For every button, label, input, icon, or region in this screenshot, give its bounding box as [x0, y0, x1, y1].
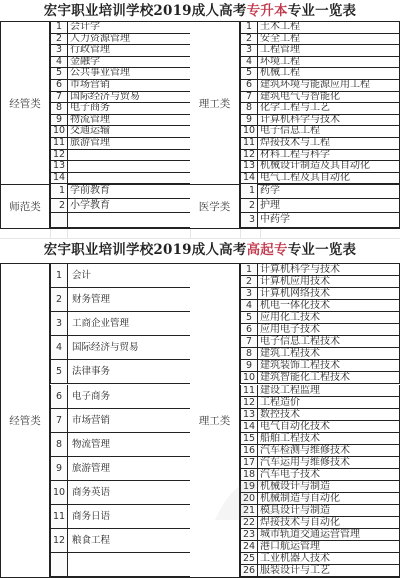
major-name: 会计学 — [68, 22, 190, 33]
table-row: 26服装设计与工艺 — [240, 565, 400, 577]
major-name: 机械设计制造及其自动化 — [258, 161, 400, 172]
table-row: 12粮食工程 — [50, 529, 190, 553]
row-number: 11 — [240, 138, 258, 149]
table-row: 14电气自动化技术 — [240, 421, 400, 433]
row-number: 3 — [240, 45, 258, 56]
major-name: 商务英语 — [68, 481, 190, 504]
major-name: 药学 — [258, 184, 400, 198]
row-number: 10 — [240, 372, 258, 383]
row-number: 11 — [50, 505, 68, 528]
table-row: 21模具设计与制造 — [240, 505, 400, 517]
row-number: 7 — [50, 92, 68, 103]
category-label: 理工类 — [190, 264, 240, 577]
table-row: 19机械设计与制造 — [240, 481, 400, 493]
major-name: 建设工程监理 — [258, 385, 400, 396]
table-row: 2小学教育 — [50, 199, 190, 214]
table-row: 8化学工程与工艺 — [240, 103, 400, 115]
title-suffix: 专业一览表 — [288, 242, 357, 258]
row-number: 10 — [50, 126, 68, 137]
major-name: 金融学 — [68, 57, 190, 68]
major-name: 材料工程与科学 — [258, 150, 400, 161]
table-row: 7建筑电气与智能化 — [240, 92, 400, 104]
table-row: 14电气工程及其自动化 — [240, 173, 400, 185]
row-number: 2 — [50, 288, 68, 311]
major-name: 工程管理 — [258, 45, 400, 56]
table-row: 6电子商务 — [50, 385, 190, 409]
table-row: 3行政管理 — [50, 45, 190, 57]
title-suffix: 专业一览表 — [288, 3, 357, 19]
table-row: 20机械制造与自动化 — [240, 493, 400, 505]
spacer-row — [0, 229, 400, 239]
table-row: 11旅游管理 — [50, 138, 190, 150]
row-number: 8 — [50, 103, 68, 114]
major-name: 汽车检测与维修技术 — [258, 445, 400, 456]
major-name: 国际经济与贸易 — [68, 336, 190, 359]
table-row: 8物流管理 — [50, 433, 190, 457]
table-row: 15船舶工程技术 — [240, 433, 400, 445]
row-number: 7 — [240, 336, 258, 347]
table-row: 1会计学 — [50, 22, 190, 34]
row-number: 12 — [50, 150, 68, 161]
table-row: 3计算机网络技术 — [240, 288, 400, 300]
major-name: 港口航运管理 — [258, 541, 400, 552]
table-row: 2财务管理 — [50, 288, 190, 312]
row-number: 19 — [240, 481, 258, 492]
row-number: 13 — [240, 409, 258, 420]
table-row: 4国际经济与贸易 — [50, 336, 190, 360]
major-name: 商务日语 — [68, 505, 190, 528]
row-number: 1 — [240, 22, 258, 33]
table-row: 6市场营销 — [50, 80, 190, 92]
row-number: 1 — [240, 264, 258, 275]
row-number: 11 — [50, 138, 68, 149]
table-row: 10交通运输 — [50, 126, 190, 138]
major-name: 学前教育 — [68, 184, 190, 198]
major-name: 公共事业管理 — [68, 68, 190, 79]
table-row: 9计算机科学与技术 — [240, 115, 400, 127]
major-name: 电子信息工程技术 — [258, 336, 400, 347]
table-row: 12工程造价 — [240, 397, 400, 409]
row-number: 4 — [240, 57, 258, 68]
major-name: 安全工程 — [258, 34, 400, 45]
major-name: 电子商务 — [68, 385, 190, 408]
table2-gqz: 经管类1会计2财务管理3工商企业管理4国际经济与贸易5法律事务6电子商务7市场营… — [0, 263, 400, 578]
major-name: 船舶工程技术 — [258, 433, 400, 444]
table-row: 12材料工程与科学 — [240, 150, 400, 162]
table-row: 25工业机器人技术 — [240, 553, 400, 565]
major-name: 机电一体化技术 — [258, 300, 400, 311]
table-row: 6建筑环境与能源应用工程 — [240, 80, 400, 92]
major-name: 计算机网络技术 — [258, 288, 400, 299]
major-name: 建筑智能化工程技术 — [258, 372, 400, 383]
major-name: 汽车电子技术 — [258, 469, 400, 480]
row-number: 1 — [50, 22, 68, 33]
title-highlight: 专升本 — [247, 3, 288, 19]
table-row: 1计算机科学与技术 — [240, 264, 400, 276]
table-row: 1会计 — [50, 264, 190, 288]
major-name: 土木工程 — [258, 22, 400, 33]
major-name — [68, 150, 190, 161]
table-row: 9建筑装饰工程技术 — [240, 360, 400, 372]
major-name — [68, 173, 190, 184]
major-name: 计算机应用技术 — [258, 276, 400, 287]
major-name: 国际经济与贸易 — [68, 92, 190, 103]
major-name: 焊接技术与工程 — [258, 138, 400, 149]
row-number: 5 — [50, 360, 68, 383]
row-number: 14 — [240, 173, 258, 184]
table-row: 5应用化工技术 — [240, 312, 400, 324]
major-name: 电子信息工程 — [258, 126, 400, 137]
major-name: 焊接技术与自动化 — [258, 517, 400, 528]
row-number: 3 — [50, 45, 68, 56]
table-row: 10商务英语 — [50, 481, 190, 505]
row-number: 4 — [50, 57, 68, 68]
row-number: 17 — [240, 457, 258, 468]
major-name: 电气工程及其自动化 — [258, 173, 400, 184]
table-row: 22焊接技术与自动化 — [240, 517, 400, 529]
major-name: 财务管理 — [68, 288, 190, 311]
major-name: 会计 — [68, 264, 190, 287]
row-number: 23 — [240, 529, 258, 540]
row-number: 7 — [50, 409, 68, 432]
table-row: 10建筑智能化工程技术 — [240, 372, 400, 384]
major-name: 市场营销 — [68, 409, 190, 432]
row-number: 6 — [50, 80, 68, 91]
major-name: 建筑环境与能源应用工程 — [258, 80, 400, 91]
row-number: 22 — [240, 517, 258, 528]
row-number: 20 — [240, 493, 258, 504]
row-number: 9 — [50, 115, 68, 126]
major-name: 交通运输 — [68, 126, 190, 137]
major-name — [68, 213, 190, 227]
row-number — [50, 553, 68, 576]
table-row: 11建设工程监理 — [240, 385, 400, 397]
table-row: 8建筑工程技术 — [240, 348, 400, 360]
row-number — [50, 213, 68, 227]
major-name: 机械工程 — [258, 68, 400, 79]
row-number: 21 — [240, 505, 258, 516]
row-number: 1 — [50, 264, 68, 287]
title-prefix: 宏宇职业培训学校2019成人高考 — [44, 242, 247, 258]
major-name: 服装设计与工艺 — [258, 565, 400, 576]
row-number: 1 — [240, 184, 258, 198]
row-number: 3 — [240, 213, 258, 227]
row-number: 1 — [50, 184, 68, 198]
major-name: 法律事务 — [68, 360, 190, 383]
major-name: 护理 — [258, 199, 400, 213]
row-number: 9 — [240, 360, 258, 371]
table-row: 1药学 — [240, 184, 400, 199]
category-label: 医学类 — [190, 184, 240, 228]
table-row: 4机电一体化技术 — [240, 300, 400, 312]
table-row: 3工程管理 — [240, 45, 400, 57]
row-number: 8 — [240, 103, 258, 114]
major-name: 电气自动化技术 — [258, 421, 400, 432]
table-row: 7电子信息工程技术 — [240, 336, 400, 348]
major-name: 应用电子技术 — [258, 324, 400, 335]
table-row: 17汽车运用与维修技术 — [240, 457, 400, 469]
row-number: 2 — [240, 199, 258, 213]
table-row: 2安全工程 — [240, 34, 400, 46]
row-number: 12 — [240, 150, 258, 161]
row-number: 24 — [240, 541, 258, 552]
table-row: 14 — [50, 173, 190, 185]
table-row: 1土木工程 — [240, 22, 400, 34]
table-row: 9物流管理 — [50, 115, 190, 127]
major-name — [68, 161, 190, 172]
category-label: 经管类 — [0, 264, 50, 577]
major-name: 计算机科学与技术 — [258, 264, 400, 275]
table-row: 4金融学 — [50, 57, 190, 69]
row-number: 26 — [240, 565, 258, 576]
row-number: 2 — [50, 199, 68, 213]
row-number: 5 — [50, 68, 68, 79]
row-number: 13 — [240, 161, 258, 172]
major-name: 旅游管理 — [68, 457, 190, 480]
major-name: 工商企业管理 — [68, 312, 190, 335]
table-row — [50, 553, 190, 577]
table-row: 2计算机应用技术 — [240, 276, 400, 288]
table-row: 3工商企业管理 — [50, 312, 190, 336]
table-row: 23城市轨道交通运营管理 — [240, 529, 400, 541]
row-number: 3 — [50, 312, 68, 335]
major-name: 电子商务 — [68, 103, 190, 114]
major-name: 城市轨道交通运营管理 — [258, 529, 400, 540]
row-number: 12 — [50, 529, 68, 552]
row-number: 9 — [50, 457, 68, 480]
major-name: 行政管理 — [68, 45, 190, 56]
row-number: 2 — [240, 276, 258, 287]
row-number: 25 — [240, 553, 258, 564]
table-row: 13数控技术 — [240, 409, 400, 421]
major-name: 工业机器人技术 — [258, 553, 400, 564]
row-number: 15 — [240, 433, 258, 444]
major-name: 机械制造与自动化 — [258, 493, 400, 504]
row-number: 7 — [240, 92, 258, 103]
category-label: 理工类 — [190, 22, 240, 184]
major-name: 人力资源管理 — [68, 34, 190, 45]
table2-title: 宏宇职业培训学校2019成人高考高起专专业一览表 — [0, 241, 400, 259]
table-row: 2人力资源管理 — [50, 34, 190, 46]
row-number: 6 — [240, 324, 258, 335]
table-row: 4环境工程 — [240, 57, 400, 69]
table-row: 7国际经济与贸易 — [50, 92, 190, 104]
major-name: 计算机科学与技术 — [258, 115, 400, 126]
row-number: 9 — [240, 115, 258, 126]
table-row: 5公共事业管理 — [50, 68, 190, 80]
row-number: 16 — [240, 445, 258, 456]
row-number: 5 — [240, 312, 258, 323]
major-name: 市场营销 — [68, 80, 190, 91]
table-row: 13 — [50, 161, 190, 173]
major-name: 工程造价 — [258, 397, 400, 408]
major-name: 汽车运用与维修技术 — [258, 457, 400, 468]
row-number: 13 — [50, 161, 68, 172]
row-number: 4 — [50, 336, 68, 359]
table1-zsb: 经管类1会计学2人力资源管理3行政管理4金融学5公共事业管理6市场营销7国际经济… — [0, 21, 400, 229]
major-name: 建筑工程技术 — [258, 348, 400, 359]
table-row: 2护理 — [240, 199, 400, 214]
major-name: 小学教育 — [68, 199, 190, 213]
row-number: 14 — [50, 173, 68, 184]
title-prefix: 宏宇职业培训学校2019成人高考 — [44, 3, 247, 19]
major-name: 中药学 — [258, 213, 400, 227]
category-label: 师范类 — [0, 184, 50, 228]
table-row: 3中药学 — [240, 213, 400, 228]
row-number: 11 — [240, 385, 258, 396]
row-number: 6 — [240, 80, 258, 91]
row-number: 3 — [240, 288, 258, 299]
table-row: 5法律事务 — [50, 360, 190, 384]
table-row: 7市场营销 — [50, 409, 190, 433]
major-name: 化学工程与工艺 — [258, 103, 400, 114]
row-number: 18 — [240, 469, 258, 480]
category-label: 经管类 — [0, 22, 50, 184]
major-name — [68, 553, 190, 576]
table-row: 8电子商务 — [50, 103, 190, 115]
row-number: 5 — [240, 68, 258, 79]
row-number: 10 — [240, 126, 258, 137]
major-name: 模具设计与制造 — [258, 505, 400, 516]
table-row: 5机械工程 — [240, 68, 400, 80]
row-number: 2 — [240, 34, 258, 45]
major-name: 建筑电气与智能化 — [258, 92, 400, 103]
row-number: 8 — [240, 348, 258, 359]
major-name: 旅游管理 — [68, 138, 190, 149]
table-row: 18汽车电子技术 — [240, 469, 400, 481]
row-number: 14 — [240, 421, 258, 432]
table-row: 6应用电子技术 — [240, 324, 400, 336]
table-row — [50, 213, 190, 228]
major-name: 机械设计与制造 — [258, 481, 400, 492]
major-name: 物流管理 — [68, 433, 190, 456]
table1-title: 宏宇职业培训学校2019成人高考专升本专业一览表 — [0, 2, 400, 20]
row-number: 8 — [50, 433, 68, 456]
row-number: 6 — [50, 385, 68, 408]
row-number: 12 — [240, 397, 258, 408]
table-row: 9旅游管理 — [50, 457, 190, 481]
table-row: 10电子信息工程 — [240, 126, 400, 138]
major-name: 环境工程 — [258, 57, 400, 68]
table-row: 11焊接技术与工程 — [240, 138, 400, 150]
table-row: 1学前教育 — [50, 184, 190, 199]
major-name: 物流管理 — [68, 115, 190, 126]
title-highlight: 高起专 — [247, 242, 288, 258]
table-row: 24港口航运管理 — [240, 541, 400, 553]
table-row: 13机械设计制造及其自动化 — [240, 161, 400, 173]
major-name: 粮食工程 — [68, 529, 190, 552]
table-row: 12 — [50, 150, 190, 162]
table-row: 11商务日语 — [50, 505, 190, 529]
table-row: 16汽车检测与维修技术 — [240, 445, 400, 457]
row-number: 4 — [240, 300, 258, 311]
major-name: 建筑装饰工程技术 — [258, 360, 400, 371]
row-number: 10 — [50, 481, 68, 504]
major-name: 数控技术 — [258, 409, 400, 420]
row-number: 2 — [50, 34, 68, 45]
major-name: 应用化工技术 — [258, 312, 400, 323]
